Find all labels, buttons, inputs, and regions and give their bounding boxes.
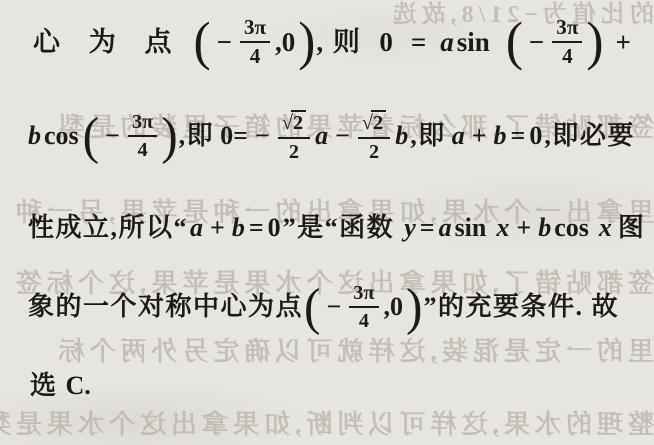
math-operator: + [210, 215, 225, 241]
open-paren: ( [83, 110, 99, 162]
cjk-text: , 则 [316, 29, 361, 56]
denominator: 4 [359, 308, 369, 331]
cjk-text: 选 [30, 373, 58, 399]
math-variable: b [232, 215, 245, 241]
fraction: 3π4 [128, 112, 157, 161]
math-variable: a [440, 29, 454, 56]
math-text: = [420, 215, 435, 241]
math-text: 0 [268, 215, 281, 241]
numerator: √2 [358, 110, 390, 138]
close-paren: ) [406, 281, 422, 333]
math-text: = [511, 123, 526, 149]
fraction: √22 [358, 110, 390, 162]
math-operator: − [217, 29, 232, 56]
numerator: 3π [240, 17, 270, 43]
math-variable: b [494, 123, 507, 149]
math-operator: − [326, 294, 341, 320]
cjk-text: 性成立,所以“ [28, 215, 188, 241]
math-operator: − [335, 123, 350, 149]
spacer [446, 136, 450, 137]
scanned-document-page: 的比值为−21/8,故选 C 签都贴错了,那么标着苹果的箱子里装的是梨 里拿出一… [0, 0, 654, 445]
math-variable: a [190, 215, 203, 241]
math-function: sin [455, 215, 487, 241]
math-text: C. [66, 373, 91, 399]
math-operator: + [472, 123, 487, 149]
math-text: 0 [529, 123, 542, 149]
math-text: 0 [379, 29, 393, 56]
cjk-text: ”的充要条件. 故 [424, 294, 620, 320]
bleed-through-text: 整理的水果,这样可以判断,如果拿出这个水果是梨 [0, 404, 654, 440]
math-variable: a [439, 215, 452, 241]
open-paren: ( [194, 15, 211, 69]
math-operator: − [529, 29, 544, 56]
math-variable: a [452, 123, 465, 149]
math-operator: − [105, 123, 120, 149]
math-variable: b [28, 123, 41, 149]
spacer [428, 42, 438, 43]
math-variable: b [538, 215, 551, 241]
denominator: 2 [289, 139, 299, 162]
spacer [214, 136, 218, 137]
fraction: √22 [278, 110, 310, 162]
spacer [489, 228, 494, 229]
denominator: 4 [250, 43, 261, 67]
numerator: 3π [349, 283, 378, 308]
spacer [58, 386, 64, 387]
text-line-5: 选C. [30, 366, 93, 406]
math-text: = [249, 215, 264, 241]
text-line-2: bcos(−3π4),即0=−√22a−√22b,即a+b=0,即必要 [26, 104, 635, 168]
cjk-text: ,即 [179, 123, 215, 149]
cjk-text: 图 [618, 215, 646, 241]
denominator: 2 [369, 139, 379, 162]
math-function: cos [44, 123, 79, 149]
math-variable: y [404, 215, 416, 241]
spacer [394, 228, 402, 229]
math-operator: + [615, 29, 630, 56]
math-function: sin [457, 29, 490, 56]
text-line-1: 心 为 点(−3π4,0), 则0=asin(−3π4)+ [33, 12, 636, 72]
math-text: = [411, 29, 426, 56]
math-text: ,0 [384, 294, 404, 320]
denominator: 4 [562, 43, 573, 67]
spacer [493, 42, 505, 43]
spacer [604, 42, 610, 43]
cjk-text: ”是“函数 [283, 215, 395, 241]
sqrt-value: 2 [291, 110, 306, 133]
spacer [395, 42, 409, 43]
fraction: 3π4 [552, 17, 582, 67]
math-variable: x [496, 215, 509, 241]
open-paren: ( [506, 15, 523, 69]
numerator: √2 [278, 110, 310, 138]
text-line-4: 象的一个对称中心为点(−3π4,0)”的充要条件. 故 [28, 276, 619, 338]
spacer [183, 42, 193, 43]
numerator: 3π [552, 17, 582, 43]
close-paren: ) [161, 110, 177, 162]
math-operator: − [255, 123, 270, 149]
math-variable: a [315, 123, 328, 149]
cjk-text: 心 为 点 [33, 29, 183, 56]
text-line-3: 性成立,所以“a+b=0”是“函数y=asinx+bcosx图 [28, 206, 645, 250]
denominator: 4 [138, 137, 148, 160]
close-paren: ) [586, 15, 603, 69]
cjk-text: ,即 [410, 123, 446, 149]
sqrt-value: 2 [371, 110, 386, 133]
cjk-text: ,即必要 [544, 123, 635, 149]
fraction: 3π4 [240, 17, 270, 67]
math-function: cos [554, 215, 589, 241]
spacer [592, 228, 597, 229]
math-text: 0= [220, 123, 248, 149]
fraction: 3π4 [349, 283, 378, 332]
open-paren: ( [304, 281, 320, 333]
math-text: ,0 [275, 29, 295, 56]
math-variable: x [599, 215, 612, 241]
math-operator: + [516, 215, 531, 241]
numerator: 3π [128, 112, 157, 137]
cjk-text: 象的一个对称中心为点 [28, 294, 303, 320]
close-paren: ) [298, 15, 315, 69]
spacer [361, 42, 377, 43]
math-variable: b [395, 123, 408, 149]
